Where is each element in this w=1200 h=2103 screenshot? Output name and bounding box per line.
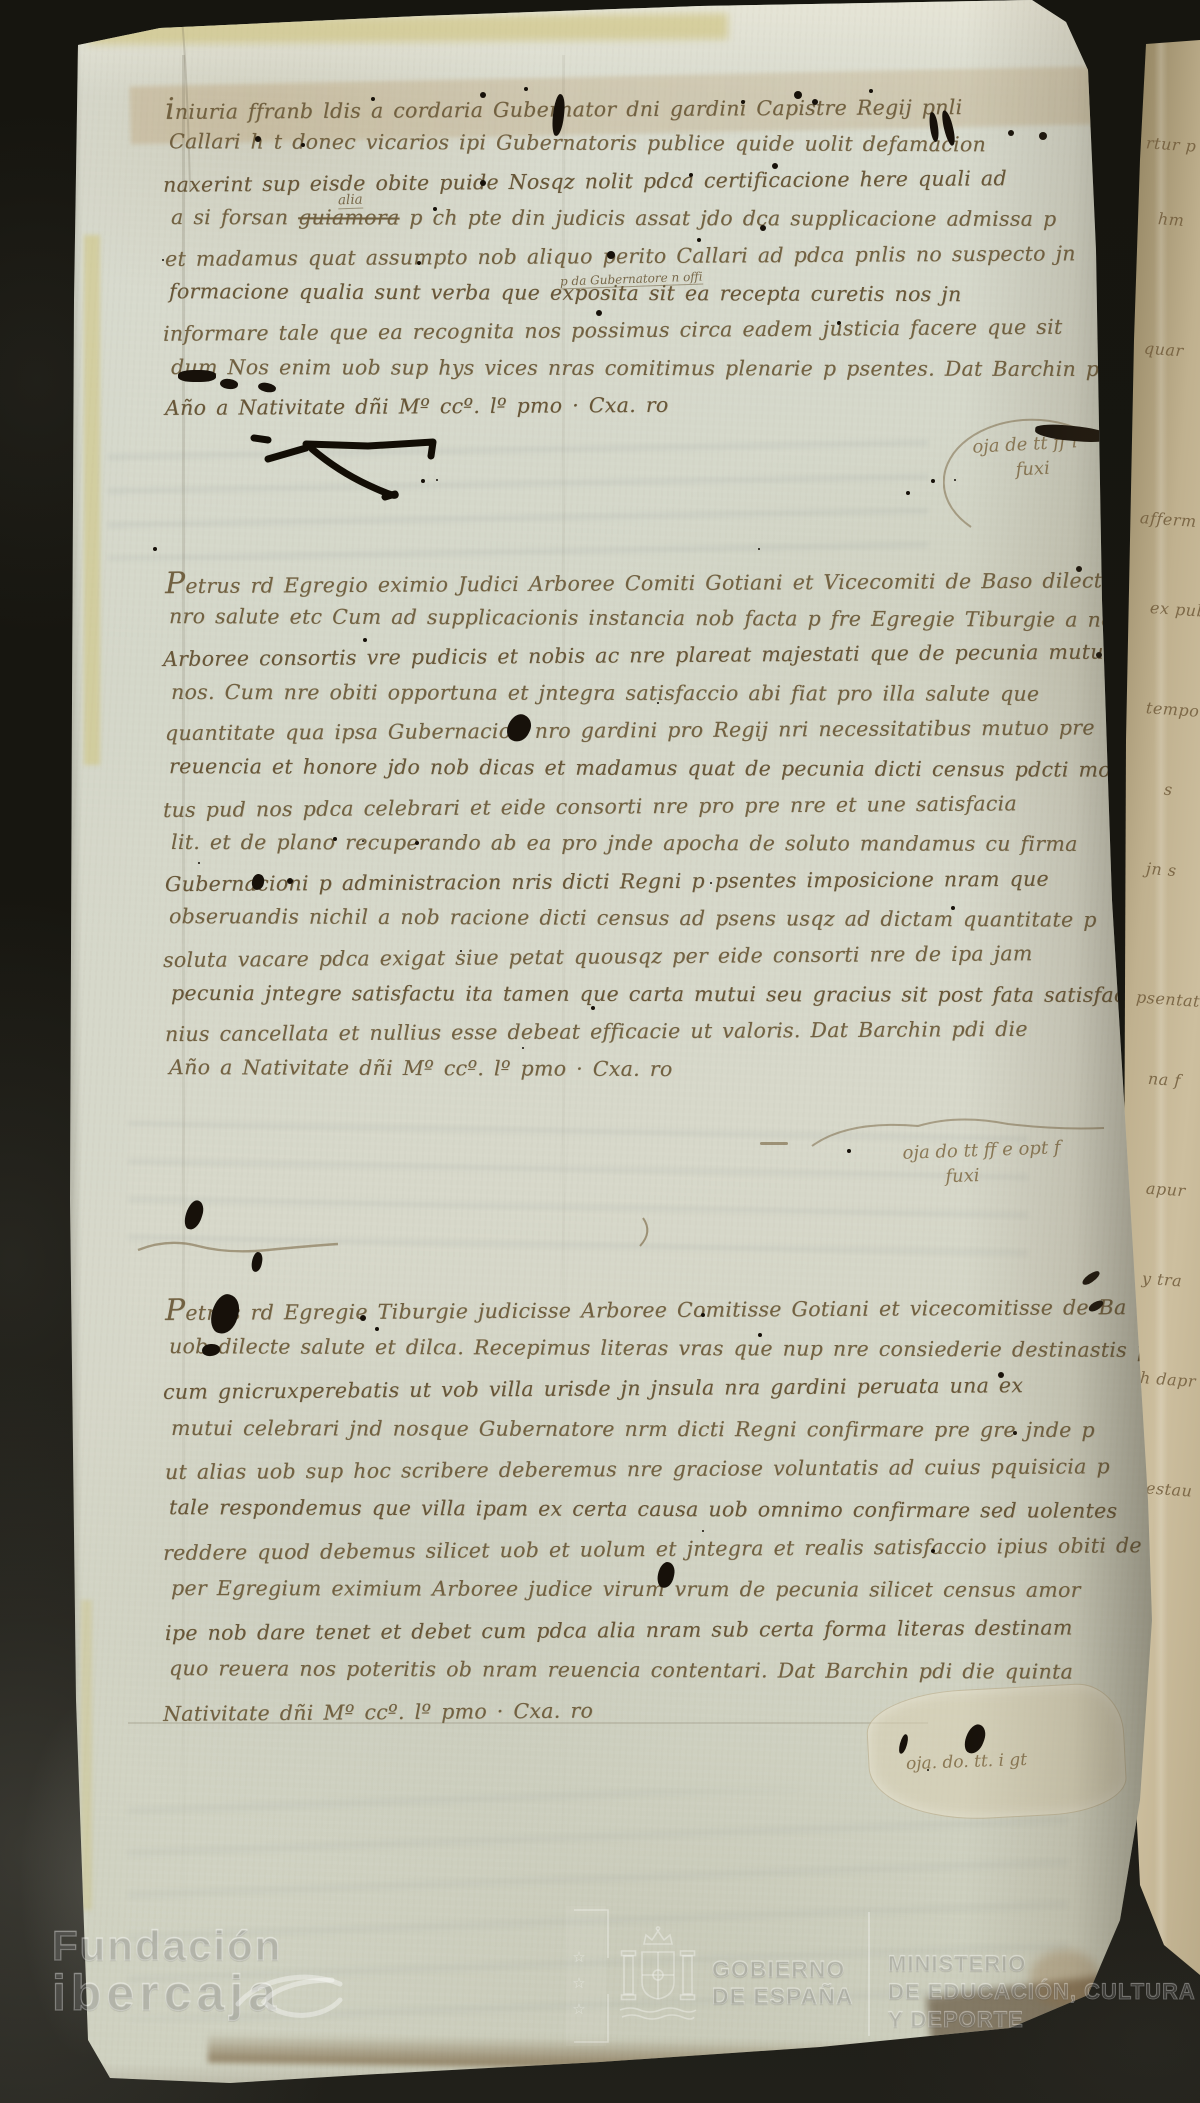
manuscript-line: tale respondemus que villa ipam ex certa… (169, 1487, 1150, 1531)
marginal-note-line: fuxi (945, 1162, 1062, 1187)
interlinear-insertion: alia (338, 192, 363, 210)
manuscript-line: pecunia jntegre satisfactu ita tamen que… (171, 974, 1186, 1014)
manuscript-line: Arboree consortis vre pudicis et nobis a… (163, 633, 1179, 679)
adjacent-page-text-fragment: s (1163, 780, 1173, 800)
letter-1-text-block: iniuria ffranb ldis a cordaria Gubernato… (165, 88, 1114, 425)
adjacent-page-text-fragment: apur (1145, 1179, 1186, 1201)
archive-scan-photo: { "image_type": "digitized medieval manu… (0, 0, 1200, 2103)
ink-blot (182, 1198, 206, 1231)
marginal-note-line: oja. do. tt. i gt (906, 1750, 1028, 1774)
scribal-mark (633, 1215, 657, 1249)
manuscript-page: iniuria ffranb ldis a cordaria Gubernato… (68, 0, 1160, 2103)
marginal-note: oja do tt ff e opt f fuxi (902, 1137, 1061, 1188)
top-edge-yellow-stain (88, 13, 728, 45)
adjacent-page-text-fragment: jn s (1145, 859, 1177, 880)
manuscript-line: Callari h t donec vicarios ipi Gubernato… (169, 124, 1118, 165)
manuscript-line: lit. et de plano recuperando ab ea pro j… (171, 824, 1186, 864)
page-edge-highlight (1154, 40, 1168, 2005)
adjacent-page-text-fragment: h dapr (1139, 1368, 1196, 1391)
manuscript-line: quo reuera nos poteritis ob nram reuenci… (169, 1648, 1150, 1692)
manuscript-line-dateline: Año a Nativitate dñi Mº ccº. lº pmo · Cx… (165, 384, 1114, 427)
adjacent-page-text-fragment: rtur p (1145, 133, 1197, 155)
marginal-note-line: oja do tt ff e opt f (902, 1137, 1061, 1164)
brown-spot-stain (1030, 1950, 1100, 2006)
manuscript-line: tus pud nos pdca celebrari et eide conso… (163, 784, 1179, 830)
ink-zigzag-trail (248, 425, 508, 515)
show-through-smudge (128, 1790, 1068, 2020)
letter-3-text-block: Petrus rd Egregie Tiburgie judicisse Arb… (165, 1288, 1146, 1730)
manuscript-line: mutui celebrari jnd nosque Gubernatore n… (171, 1408, 1152, 1450)
manuscript-line: ipe nob dare tenet et debet cum pdca ali… (165, 1607, 1146, 1653)
manuscript-line: quantitate qua ipsa Gubernacion nro gard… (165, 709, 1180, 753)
manuscript-line: Gubernacioni p administracion nris dicti… (165, 860, 1180, 904)
manuscript-line: informare tale que ea recognita nos poss… (163, 309, 1112, 354)
adjacent-page-text-fragment: psentata (1135, 987, 1200, 1011)
ink-blot-scatter (68, 0, 74, 6)
show-through-smudge (108, 440, 928, 560)
manuscript-line: iniuria ffranb ldis a cordaria Gubernato… (165, 85, 1114, 128)
adjacent-page-text-fragment: y tra (1141, 1269, 1182, 1291)
marginal-note-dash (760, 1142, 788, 1145)
left-edge-yellow-strip (84, 235, 100, 765)
marginal-note: oja. do. tt. i gt (906, 1750, 1028, 1774)
adjacent-page-text-fragment: ex pub (1149, 598, 1200, 621)
manuscript-line: dum Nos enim uob sup hys vices nras comi… (171, 349, 1120, 388)
adjacent-page-text-fragment: hm (1157, 209, 1185, 230)
letter-2-text-block: Petrus rd Egregio eximio Judici Arboree … (165, 562, 1180, 1088)
adjacent-page-text-fragment: quar (1143, 339, 1184, 361)
manuscript-line-with-correction: a si forsan guiamora p ch pte din judici… (171, 199, 1120, 238)
manuscript-line: soluta vacare pdca exigat siue petat quo… (163, 934, 1179, 980)
adjacent-page-text-fragment: tempo (1145, 698, 1200, 721)
manuscript-line: nius cancellata et nullius esse debeat e… (165, 1010, 1180, 1054)
line-segment: p ch pte din judicis assat jdo dca suppl… (409, 206, 1056, 231)
show-through-smudge (128, 1120, 1028, 1270)
adjacent-page-text-fragment: afferm (1139, 508, 1197, 531)
struck-out-word: guiamora (298, 205, 399, 229)
ink-blot (250, 1251, 263, 1272)
manuscript-line: ut alias uob sup hoc scribere deberemus … (165, 1446, 1146, 1492)
scribal-flourish (134, 1232, 344, 1262)
bottom-singe-stain (208, 2033, 988, 2074)
ink-dash (178, 370, 216, 382)
manuscript-line: reddere quod debemus silicet uob et uolu… (163, 1525, 1145, 1573)
manuscript-line: Petrus rd Egregio eximio Judici Arboree … (165, 559, 1180, 603)
adjacent-page-text-fragment: na f (1147, 1069, 1181, 1090)
manuscript-line: cum gnicruxperebatis ut vob villa urisde… (163, 1365, 1145, 1413)
marginal-note-line: fuxi (1015, 456, 1079, 480)
manuscript-line: Petrus rd Egregie Tiburgie judicisse Arb… (165, 1285, 1146, 1331)
manuscript-line: naxerint sup eisde obite puide Nosqz nol… (163, 159, 1112, 204)
manuscript-line: obseruandis nichil a nob racione dicti c… (169, 898, 1184, 939)
manuscript-line: reuencia et honore jdo nob dicas et mada… (169, 748, 1184, 789)
bottom-right-singe-stain (926, 1973, 1130, 2043)
manuscript-line: nro salute etc Cum ad supplicacionis ins… (169, 598, 1184, 639)
manuscript-line: uob dilecte salute et dilca. Recepimus l… (169, 1326, 1150, 1370)
adjacent-page-text-fragment: estau (1145, 1478, 1193, 1500)
manuscript-line-dateline: Año a Nativitate dñi Mº ccº. lº pmo · Cx… (169, 1049, 1184, 1090)
left-edge-yellow-strip-lower (81, 1600, 92, 1910)
manuscript-line: nos. Cum nre obiti opportuna et jntegra … (171, 674, 1186, 714)
line-segment: a si forsan (171, 205, 288, 229)
